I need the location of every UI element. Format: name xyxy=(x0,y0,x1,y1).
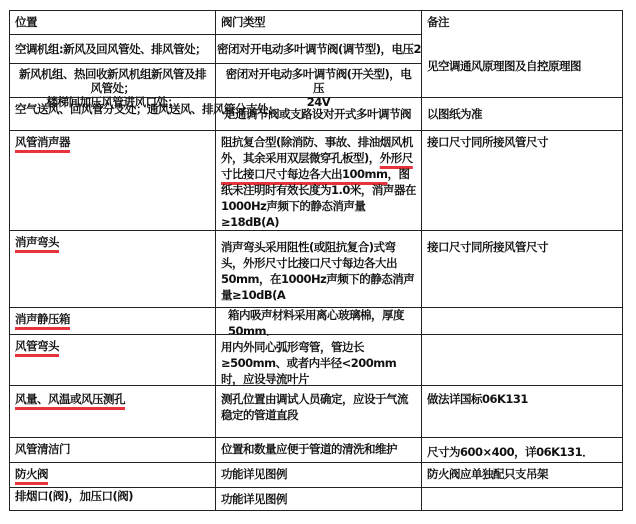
row-location: 空调机组:新风及回风管处、排风管处； xyxy=(15,41,206,57)
row-note: 以图纸为准 xyxy=(427,106,482,122)
table-row: 风管消声器 阻抗复合型(除消防、事故、排油烟风机外，其余采用双层微穿孔板型)，外… xyxy=(10,130,622,230)
row-valve: 密闭对开电动多叶调节阀(开关型)，电压 24V xyxy=(215,64,421,97)
header-location: 位置 xyxy=(10,11,215,34)
row-location: 新风机组、热回收新风机组新风管及排风管处； 楼梯间加压风管进风口处； xyxy=(10,64,215,97)
table-row: 风量、风温或风压测孔 测孔位置由调试人员确定，应设于气流稳定的管道直段 做法详国… xyxy=(10,385,622,437)
row-valve: 消声弯头采用阻性(或阻抗复合)式弯头，外形尺寸比接口尺寸每边各大出50mm，在1… xyxy=(215,231,421,307)
row-location: 消声弯头 xyxy=(15,235,59,249)
table-row: 空气送风、回风管分支处；通风送风、排风管分支处； 矩通调节阀或支路设对开式多叶调… xyxy=(10,97,622,130)
row-location: 风管清洁门 xyxy=(15,442,70,456)
header-note: 备注 xyxy=(421,11,622,34)
table-row: 风管清洁门 位置和数量应便于管道的清洗和维护 尺寸为600×400，详06K13… xyxy=(10,437,622,462)
table-row: 排烟口(阀)，加压口(阀) 功能详见图例 xyxy=(10,487,622,511)
valve-spec-table: 位置 阀门类型 备注 空调机组:新风及回风管处、排风管处； 密闭对开电动多叶调节… xyxy=(9,10,623,511)
row-valve: 测孔位置由调试人员确定，应设于气流稳定的管道直段 xyxy=(215,386,421,437)
row-valve: 功能详见图例 xyxy=(221,492,287,506)
table-row: 风管弯头 用内外同心弧形弯管，管边长≥500mm、或者内半径<200mm时，应设… xyxy=(10,334,622,385)
row-location: 风管消声器 xyxy=(15,135,70,149)
table-row: 消声静压箱 箱内吸声材料采用离心玻璃棉，厚度50mm． xyxy=(10,307,622,334)
row-valve: 阻抗复合型(除消防、事故、排油烟风机外，其余采用双层微穿孔板型)，外形尺寸比接口… xyxy=(215,131,421,230)
row-valve: 密闭对开电动多叶调节阀(调节型)，电压24V xyxy=(217,41,437,57)
row-valve: 用内外同心弧形弯管，管边长≥500mm、或者内半径<200mm时，应设导流叶片 xyxy=(215,335,421,385)
merged-note: 见空调通风原理图及自控原理图 xyxy=(421,34,622,97)
row-note: 尺寸为600×400，详06K131． xyxy=(427,445,593,459)
row-note: 防火阀应单独配只支吊架 xyxy=(427,467,548,481)
row-location: 排烟口(阀)，加压口(阀) xyxy=(15,489,133,503)
row-note: 接口尺寸同所接风管尺寸 xyxy=(427,135,548,149)
row-location: 防火阀 xyxy=(15,467,48,481)
header-valve-type: 阀门类型 xyxy=(215,11,421,34)
row-note: 做法详国标06K131 xyxy=(427,392,528,406)
row-location: 消声静压箱 xyxy=(15,312,70,326)
row-note: 接口尺寸同所接风管尺寸 xyxy=(427,240,548,254)
row-location: 风管弯头 xyxy=(15,339,59,353)
row-location: 空气送风、回风管分支处；通风送风、排风管分支处； xyxy=(15,101,279,117)
table-row: 消声弯头 消声弯头采用阻性(或阻抗复合)式弯头，外形尺寸比接口尺寸每边各大出50… xyxy=(10,230,622,307)
row-location: 风量、风温或风压测孔 xyxy=(15,392,125,406)
row-valve: 位置和数量应便于管道的清洗和维护 xyxy=(221,442,397,456)
table-row: 防火阀 功能详见图例 防火阀应单独配只支吊架 xyxy=(10,462,622,487)
row-valve: 功能详见图例 xyxy=(221,467,287,481)
table-header-row: 位置 阀门类型 备注 xyxy=(10,11,622,34)
